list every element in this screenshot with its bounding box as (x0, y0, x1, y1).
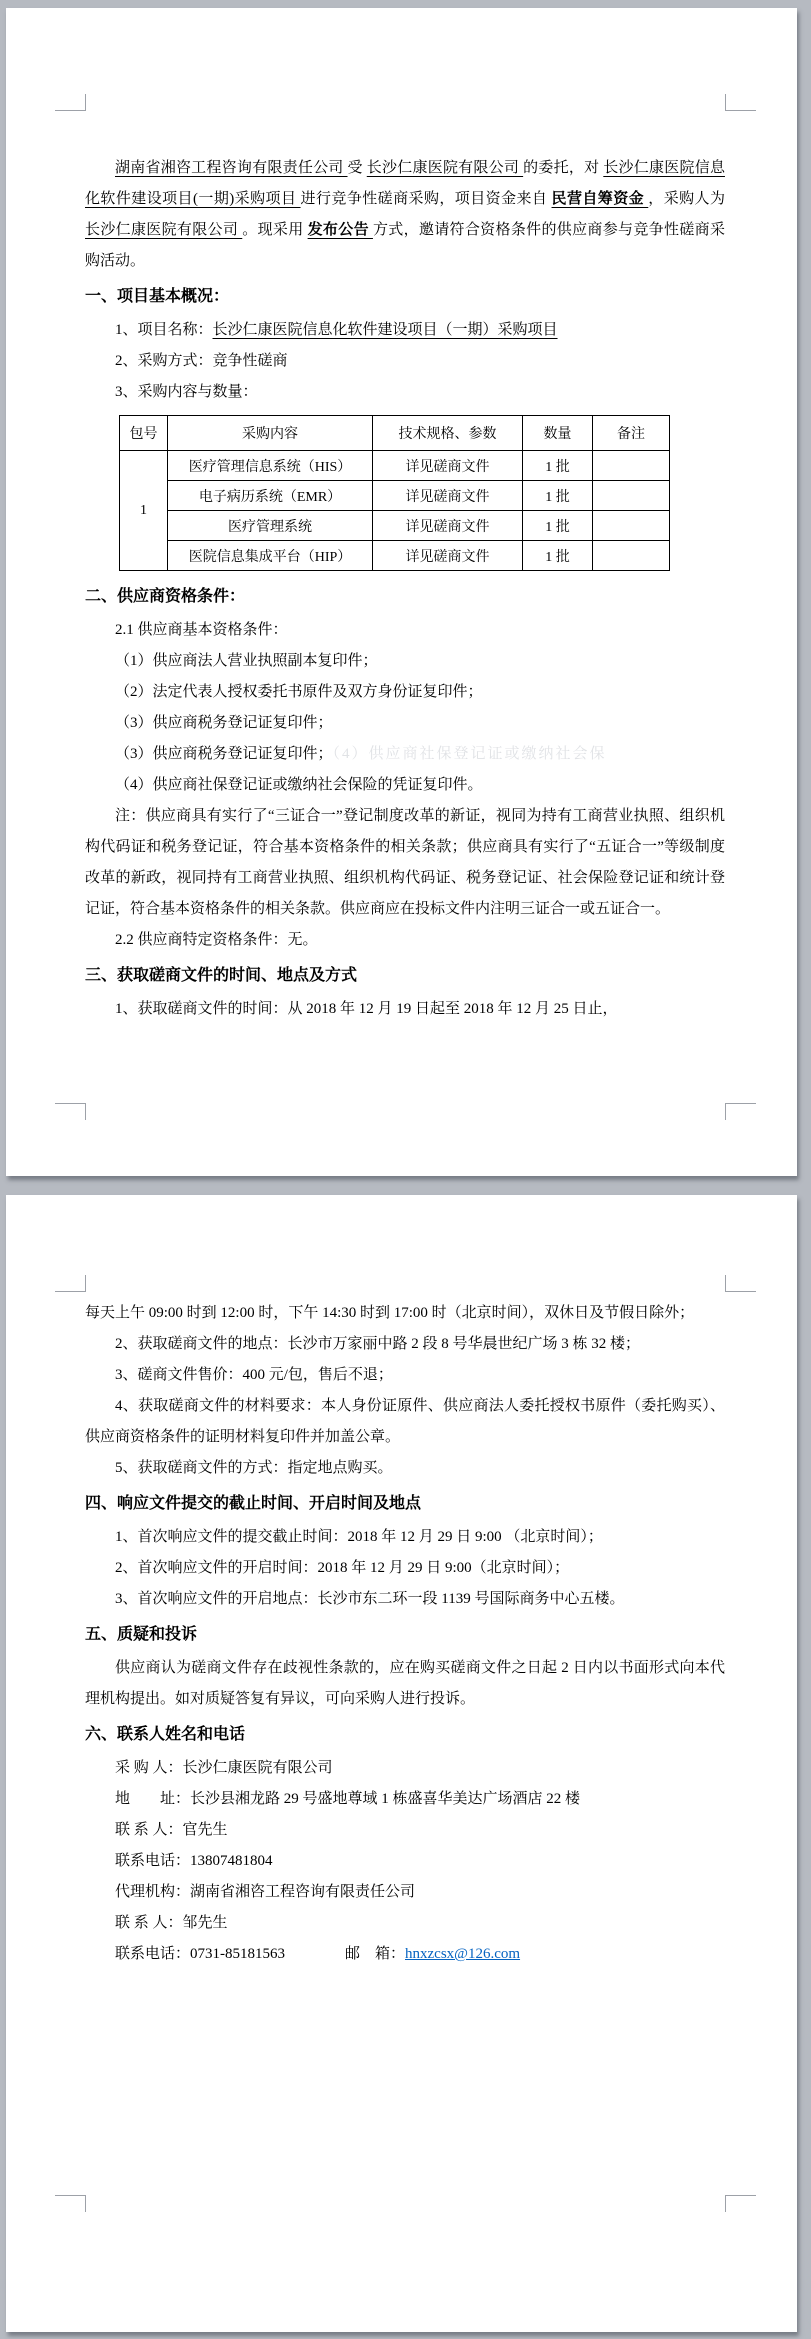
paragraph: 供应商认为磋商文件存在歧视性条款的，应在购买磋商文件之日起 2 日内以书面形式向… (85, 1653, 725, 1715)
paragraph: 5、获取磋商文件的方式：指定地点购买。 (85, 1453, 725, 1484)
text-run: 六、联系人姓名和电话 (85, 1726, 245, 1743)
table-cell: 1 批 (523, 511, 593, 541)
text-run: 1、首次响应文件的提交截止时间：2018 年 12 月 29 日 9:00 （北… (115, 1529, 603, 1545)
paragraph: 3、首次响应文件的开启地点：长沙市东二环一段 1139 号国际商务中心五楼。 (85, 1584, 725, 1615)
table-row: 1医疗管理信息系统（HIS）详见磋商文件1 批 (120, 451, 670, 481)
underlined-text: 民营自筹资金 (552, 191, 649, 207)
paragraph: 3、磋商文件售价：400 元/包，售后不退； (85, 1360, 725, 1391)
section-heading: 六、联系人姓名和电话 (85, 1718, 725, 1752)
table-cell: 医院信息集成平台（HIP） (168, 541, 373, 571)
text-run: 2.2 供应商特定资格条件：无。 (115, 932, 318, 948)
section-heading: 一、项目基本概况： (85, 280, 725, 314)
section-heading: 三、获取磋商文件的时间、地点及方式 (85, 959, 725, 993)
table-row: 医院信息集成平台（HIP）详见磋商文件1 批 (120, 541, 670, 571)
paragraph: 地 址：长沙县湘龙路 29 号盛地尊域 1 栋盛喜华美达广场酒店 22 楼 (85, 1784, 725, 1815)
paragraph: （4）供应商社保登记证或缴纳社会保险的凭证复印件。 (85, 770, 725, 801)
table-cell: 详见磋商文件 (373, 511, 523, 541)
email-link[interactable]: hnxzcsx@126.com (405, 1946, 520, 1962)
text-run: 进行竞争性磋商采购，项目资金来自 (301, 191, 552, 207)
text-run: 代理机构：湖南省湘咨工程咨询有限责任公司 (115, 1884, 415, 1900)
table-cell: 详见磋商文件 (373, 481, 523, 511)
table-cell (593, 481, 670, 511)
paragraph: （1）供应商法人营业执照副本复印件； (85, 646, 725, 677)
text-run: 一、项目基本概况： (85, 288, 229, 305)
paragraph: 联 系 人：邹先生 (85, 1908, 725, 1939)
paragraph: 3、采购内容与数量： (85, 377, 725, 408)
paragraph: （3）供应商税务登记证复印件； (85, 708, 725, 739)
paragraph: 每天上午 09:00 时到 12:00 时，下午 14:30 时到 17:00 … (85, 1298, 725, 1329)
text-run: 4、获取磋商文件的材料要求：本人身份证原件、供应商法人委托授权书原件（委托购买）… (85, 1398, 725, 1445)
text-run: 联 系 人：邹先生 (115, 1915, 228, 1931)
paragraph: 1、项目名称：长沙仁康医院信息化软件建设项目（一期）采购项目 (85, 315, 725, 346)
paragraph: 2.2 供应商特定资格条件：无。 (85, 925, 725, 956)
section-heading: 四、响应文件提交的截止时间、开启时间及地点 (85, 1487, 725, 1521)
table-cell: 医疗管理系统 (168, 511, 373, 541)
document-page-1: 湖南省湘咨工程咨询有限责任公司 受 长沙仁康医院有限公司 的委托，对 长沙仁康医… (6, 8, 797, 1176)
underlined-text: 长沙仁康医院有限公司 (85, 222, 242, 238)
text-run: （4）供应商社保登记证或缴纳社会保险的凭证复印件。 (115, 777, 483, 793)
table-header-cell: 数量 (523, 416, 593, 451)
text-run: 5、获取磋商文件的方式：指定地点购买。 (115, 1460, 393, 1476)
paragraph: 湖南省湘咨工程咨询有限责任公司 受 长沙仁康医院有限公司 的委托，对 长沙仁康医… (85, 153, 725, 277)
section-heading: 二、供应商资格条件： (85, 580, 725, 614)
underlined-text: 发布公告 (308, 222, 373, 238)
table-cell: 详见磋商文件 (373, 541, 523, 571)
paragraph: 联系电话：0731-85181563 邮 箱：hnxzcsx@126.com (85, 1939, 725, 1970)
document-page-2: 每天上午 09:00 时到 12:00 时，下午 14:30 时到 17:00 … (6, 1195, 797, 2332)
margin-crop-mark (55, 2195, 86, 2212)
table-cell: 1 批 (523, 481, 593, 511)
text-run: 二、供应商资格条件： (85, 588, 245, 605)
margin-crop-mark (725, 1103, 756, 1120)
text-run: ，采购人为 (648, 191, 725, 207)
text-run: 地 址：长沙县湘龙路 29 号盛地尊域 1 栋盛喜华美达广场酒店 22 楼 (115, 1791, 580, 1807)
package-number-cell: 1 (120, 451, 168, 571)
document-viewport: { "colors": { "background": "#b6bac1", "… (0, 0, 811, 2339)
text-run: 。现采用 (242, 222, 307, 238)
paragraph: （3）供应商税务登记证复印件；（4）供应商社保登记证或缴纳社会保 (85, 739, 725, 770)
text-run: 五、质疑和投诉 (85, 1626, 197, 1643)
text-run: 受 (348, 160, 367, 176)
text-run: 供应商认为磋商文件存在歧视性条款的，应在购买磋商文件之日起 2 日内以书面形式向… (85, 1660, 725, 1707)
section-heading: 五、质疑和投诉 (85, 1618, 725, 1652)
underlined-text: 长沙仁康医院信息化软件建设项目（一期）采购项目 (213, 322, 558, 338)
paragraph: 4、获取磋商文件的材料要求：本人身份证原件、供应商法人委托授权书原件（委托购买）… (85, 1391, 725, 1453)
text-run: 四、响应文件提交的截止时间、开启时间及地点 (85, 1495, 421, 1512)
text-run: 采 购 人：长沙仁康医院有限公司 (115, 1760, 333, 1776)
page-content: 每天上午 09:00 时到 12:00 时，下午 14:30 时到 17:00 … (6, 1195, 797, 1970)
table-row: 电子病历系统（EMR）详见磋商文件1 批 (120, 481, 670, 511)
table-row: 医疗管理系统详见磋商文件1 批 (120, 511, 670, 541)
text-run: （2）法定代表人授权委托书原件及双方身份证复印件； (115, 684, 483, 700)
table-cell: 医疗管理信息系统（HIS） (168, 451, 373, 481)
table-cell: 电子病历系统（EMR） (168, 481, 373, 511)
text-run: 2、获取磋商文件的地点：长沙市万家丽中路 2 段 8 号华晨世纪广场 3 栋 3… (115, 1336, 640, 1352)
text-run: 联系电话：13807481804 (115, 1853, 273, 1869)
table-header-cell: 备注 (593, 416, 670, 451)
text-run: 的委托，对 (523, 160, 603, 176)
table-header-cell: 技术规格、参数 (373, 416, 523, 451)
paragraph: 采 购 人：长沙仁康医院有限公司 (85, 1753, 725, 1784)
margin-crop-mark (55, 1103, 86, 1120)
table-cell (593, 451, 670, 481)
text-run: 2.1 供应商基本资格条件： (115, 622, 288, 638)
paragraph: 1、获取磋商文件的时间：从 2018 年 12 月 19 日起至 2018 年 … (85, 994, 725, 1025)
margin-crop-mark (725, 2195, 756, 2212)
paragraph: 联系电话：13807481804 (85, 1846, 725, 1877)
page-content: 湖南省湘咨工程咨询有限责任公司 受 长沙仁康医院有限公司 的委托，对 长沙仁康医… (6, 8, 797, 1025)
paragraph: 1、首次响应文件的提交截止时间：2018 年 12 月 29 日 9:00 （北… (85, 1522, 725, 1553)
paragraph: 2、采购方式：竞争性磋商 (85, 346, 725, 377)
text-run: 三、获取磋商文件的时间、地点及方式 (85, 967, 357, 984)
table-cell (593, 511, 670, 541)
underlined-text: 长沙仁康医院有限公司 (367, 160, 523, 176)
text-run: （1）供应商法人营业执照副本复印件； (115, 653, 378, 669)
table-header-cell: 采购内容 (168, 416, 373, 451)
text-run: 3、首次响应文件的开启地点：长沙市东二环一段 1139 号国际商务中心五楼。 (115, 1591, 624, 1607)
paragraph: 联 系 人：官先生 (85, 1815, 725, 1846)
paragraph: 2、获取磋商文件的地点：长沙市万家丽中路 2 段 8 号华晨世纪广场 3 栋 3… (85, 1329, 725, 1360)
procurement-table: 包号采购内容技术规格、参数数量备注1医疗管理信息系统（HIS）详见磋商文件1 批… (119, 415, 670, 571)
text-run: 3、采购内容与数量： (115, 384, 258, 400)
paragraph: 2.1 供应商基本资格条件： (85, 615, 725, 646)
text-run: 注：供应商具有实行了“三证合一”登记制度改革的新证，视同为持有工商营业执照、组织… (85, 808, 725, 917)
paragraph: （2）法定代表人授权委托书原件及双方身份证复印件； (85, 677, 725, 708)
text-run: 1、获取磋商文件的时间：从 2018 年 12 月 19 日起至 2018 年 … (115, 1001, 618, 1017)
text-run: 2、采购方式：竞争性磋商 (115, 353, 288, 369)
text-run: （3）供应商税务登记证复印件； (115, 746, 333, 762)
table-cell: 详见磋商文件 (373, 451, 523, 481)
text-run: 联系电话：0731-85181563 邮 箱： (115, 1946, 405, 1962)
text-run: （3）供应商税务登记证复印件； (115, 715, 333, 731)
table-cell: 1 批 (523, 451, 593, 481)
table-cell: 1 批 (523, 541, 593, 571)
paragraph: 注：供应商具有实行了“三证合一”登记制度改革的新证，视同为持有工商营业执照、组织… (85, 801, 725, 925)
ghost-text: （4）供应商社保登记证或缴纳社会保 (333, 746, 607, 762)
table-cell (593, 541, 670, 571)
table-header-cell: 包号 (120, 416, 168, 451)
text-run: 联 系 人：官先生 (115, 1822, 228, 1838)
text-run: 每天上午 09:00 时到 12:00 时，下午 14:30 时到 17:00 … (85, 1305, 694, 1321)
text-run: 3、磋商文件售价：400 元/包，售后不退； (115, 1367, 393, 1383)
text-run: 1、项目名称： (115, 322, 213, 338)
paragraph: 代理机构：湖南省湘咨工程咨询有限责任公司 (85, 1877, 725, 1908)
underlined-text: 湖南省湘咨工程咨询有限责任公司 (115, 160, 348, 176)
paragraph: 2、首次响应文件的开启时间：2018 年 12 月 29 日 9:00（北京时间… (85, 1553, 725, 1584)
text-run: 2、首次响应文件的开启时间：2018 年 12 月 29 日 9:00（北京时间… (115, 1560, 569, 1576)
